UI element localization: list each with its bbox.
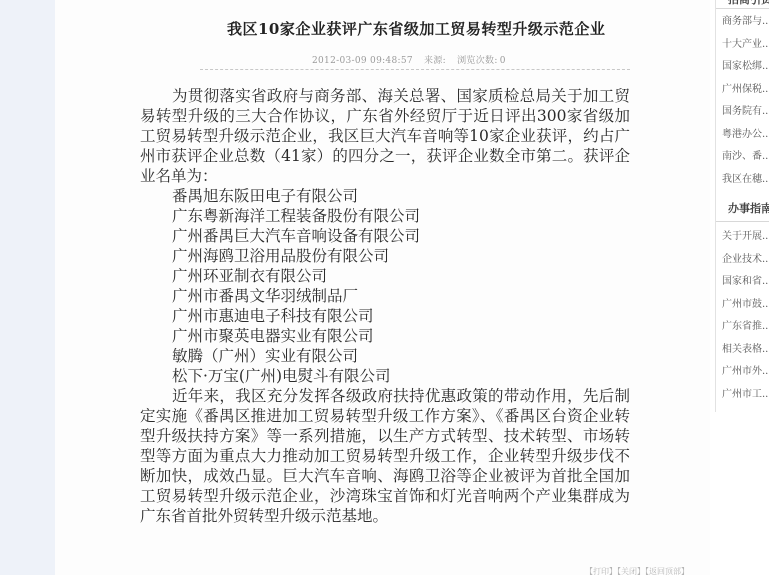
sidebar-link[interactable]: 国家松绑... xyxy=(722,56,769,79)
article-body: 为贯彻落实省政府与商务部、海关总署、国家质检总局关于加工贸易转型升级的三大合作协… xyxy=(140,86,630,526)
company-item: 广州市番禺文华羽绒制品厂 xyxy=(140,286,630,306)
sidebar-link[interactable]: 广州保税... xyxy=(722,79,769,102)
sidebar-section-1: 招商引资 商务部与... 十大产业... 国家松绑... 广州保税... 国务院… xyxy=(715,0,769,412)
sidebar-list-2: 关于开展... 企业技术... 国家和省... 广州市鼓... 广东省推... … xyxy=(716,222,769,412)
company-list: 番禺旭东阪田电子有限公司 广东粤新海洋工程装备股份有限公司 广州番禺巨大汽车音响… xyxy=(140,186,630,386)
company-item: 广州市惠迪电子科技有限公司 xyxy=(140,306,630,326)
article-title: 我区10家企业获评广东省级加工贸易转型升级示范企业 xyxy=(227,18,627,39)
company-item: 敏腾（广州）实业有限公司 xyxy=(140,346,630,366)
sidebar-link[interactable]: 商务部与... xyxy=(722,11,769,34)
company-item: 广州市聚英电器实业有限公司 xyxy=(140,326,630,346)
sidebar-link[interactable]: 南沙、番... xyxy=(722,146,769,169)
sidebar-link[interactable]: 国务院有... xyxy=(722,101,769,124)
right-sidebar: 招商引资 商务部与... 十大产业... 国家松绑... 广州保税... 国务院… xyxy=(712,0,769,575)
company-item: 广东粤新海洋工程装备股份有限公司 xyxy=(140,206,630,226)
sidebar-heading-2: 办事指南 xyxy=(716,197,769,222)
article-conclusion: 近年来，我区充分发挥各级政府扶持优惠政策的带动作用，先后制定实施《番禺区推进加工… xyxy=(140,386,630,526)
article-datetime: 2012-03-09 09:48:57 xyxy=(312,56,413,66)
page-left-margin xyxy=(0,0,55,575)
views-count: 0 xyxy=(500,56,506,66)
article-meta: 2012-03-09 09:48:57 来源: 浏览次数:0 xyxy=(312,53,522,66)
meta-divider xyxy=(200,69,630,70)
article-intro: 为贯彻落实省政府与商务部、海关总署、国家质检总局关于加工贸易转型升级的三大合作协… xyxy=(140,86,630,186)
company-item: 广州番禺巨大汽车音响设备有限公司 xyxy=(140,226,630,246)
sidebar-link[interactable]: 企业技术... xyxy=(722,249,769,272)
company-item: 广州海鸥卫浴用品股份有限公司 xyxy=(140,246,630,266)
company-item: 松下·万宝(广州)电熨斗有限公司 xyxy=(140,366,630,386)
sidebar-link[interactable]: 我区在穗... xyxy=(722,169,769,192)
company-item: 广州环亚制衣有限公司 xyxy=(140,266,630,286)
sidebar-link[interactable]: 十大产业... xyxy=(722,34,769,57)
sidebar-link[interactable]: 广州市外... xyxy=(722,361,769,384)
sidebar-link[interactable]: 关于开展... xyxy=(722,226,769,249)
sidebar-link[interactable]: 粤港办公... xyxy=(722,124,769,147)
sidebar-link[interactable]: 广州市鼓... xyxy=(722,294,769,317)
company-item: 番禺旭东阪田电子有限公司 xyxy=(140,186,630,206)
sidebar-link[interactable]: 广东省推... xyxy=(722,316,769,339)
article-footer-links[interactable]: 【打印】【关闭】【返回顶部】 xyxy=(585,566,689,575)
sidebar-link[interactable]: 国家和省... xyxy=(722,271,769,294)
sidebar-list-1: 商务部与... 十大产业... 国家松绑... 广州保税... 国务院有... … xyxy=(716,9,769,197)
sidebar-link[interactable]: 相关表格... xyxy=(722,339,769,362)
article-source-label: 来源: xyxy=(424,56,446,66)
views-label: 浏览次数: xyxy=(457,56,498,66)
article-views: 浏览次数:0 xyxy=(457,56,514,66)
sidebar-heading-1: 招商引资 xyxy=(716,0,769,9)
sidebar-link[interactable]: 广州市工... xyxy=(722,384,769,407)
